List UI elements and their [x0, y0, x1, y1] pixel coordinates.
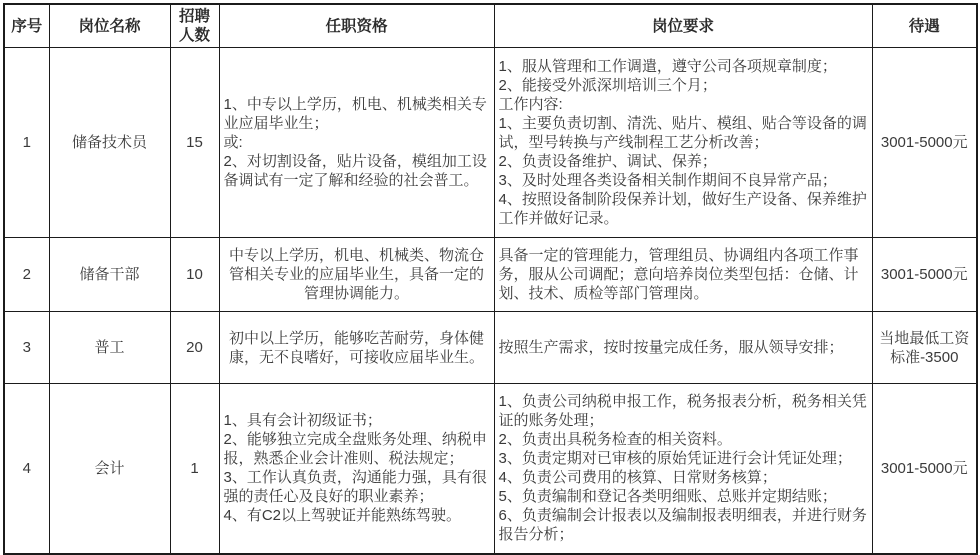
- table-header-row: 序号 岗位名称 招聘人数 任职资格 岗位要求 待遇: [4, 4, 977, 48]
- header-no: 序号: [4, 4, 49, 48]
- qualifications-cell: 1、具有会计初级证书； 2、能够独立完成全盘账务处理、纳税申报，熟悉企业会计准则…: [219, 384, 494, 554]
- row-no: 4: [4, 384, 49, 554]
- recruitment-table: 序号 岗位名称 招聘人数 任职资格 岗位要求 待遇 1 储备技术员 15 1、中…: [3, 3, 978, 555]
- table-row: 4 会计 1 1、具有会计初级证书； 2、能够独立完成全盘账务处理、纳税申报，熟…: [4, 384, 977, 554]
- table-row: 1 储备技术员 15 1、中专以上学历，机电、机械类相关专业应届毕业生； 或: …: [4, 48, 977, 238]
- position-name: 会计: [49, 384, 170, 554]
- row-no: 2: [4, 238, 49, 312]
- recruit-count: 20: [170, 312, 219, 384]
- requirements-cell: 按照生产需求，按时按量完成任务，服从领导安排；: [494, 312, 872, 384]
- table-row: 2 储备干部 10 中专以上学历，机电、机械类、物流仓管相关专业的应届毕业生，具…: [4, 238, 977, 312]
- salary-cell: 当地最低工资标准-3500: [872, 312, 977, 384]
- recruitment-table-page: 序号 岗位名称 招聘人数 任职资格 岗位要求 待遇 1 储备技术员 15 1、中…: [0, 0, 980, 555]
- position-name: 普工: [49, 312, 170, 384]
- position-name: 储备技术员: [49, 48, 170, 238]
- salary-cell: 3001-5000元: [872, 238, 977, 312]
- requirements-cell: 1、服从管理和工作调遣，遵守公司各项规章制度； 2、能接受外派深圳培训三个月； …: [494, 48, 872, 238]
- salary-cell: 3001-5000元: [872, 48, 977, 238]
- requirements-cell: 具备一定的管理能力，管理组员、协调组内各项工作事务，服从公司调配；意向培养岗位类…: [494, 238, 872, 312]
- header-count: 招聘人数: [170, 4, 219, 48]
- requirements-cell: 1、负责公司纳税申报工作，税务报表分析，税务相关凭证的账务处理； 2、负责出具税…: [494, 384, 872, 554]
- recruit-count: 15: [170, 48, 219, 238]
- recruit-count: 10: [170, 238, 219, 312]
- header-salary: 待遇: [872, 4, 977, 48]
- header-qualifications: 任职资格: [219, 4, 494, 48]
- header-requirements: 岗位要求: [494, 4, 872, 48]
- row-no: 3: [4, 312, 49, 384]
- header-position: 岗位名称: [49, 4, 170, 48]
- row-no: 1: [4, 48, 49, 238]
- qualifications-cell: 1、中专以上学历，机电、机械类相关专业应届毕业生； 或: 2、对切割设备，贴片设…: [219, 48, 494, 238]
- recruit-count: 1: [170, 384, 219, 554]
- salary-cell: 3001-5000元: [872, 384, 977, 554]
- qualifications-cell: 中专以上学历，机电、机械类、物流仓管相关专业的应届毕业生，具备一定的管理协调能力…: [219, 238, 494, 312]
- qualifications-cell: 初中以上学历，能够吃苦耐劳，身体健康，无不良嗜好，可接收应届毕业生。: [219, 312, 494, 384]
- position-name: 储备干部: [49, 238, 170, 312]
- table-row: 3 普工 20 初中以上学历，能够吃苦耐劳，身体健康，无不良嗜好，可接收应届毕业…: [4, 312, 977, 384]
